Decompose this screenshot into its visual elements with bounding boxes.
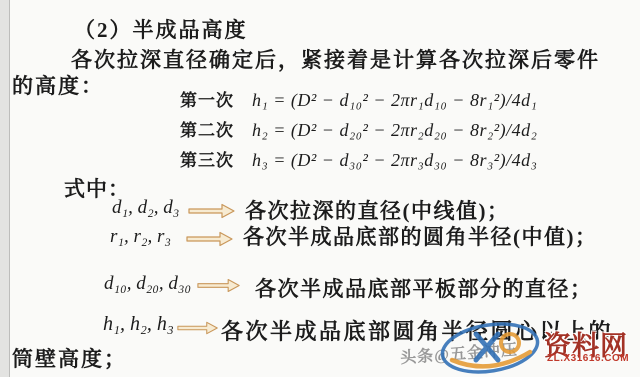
intro-text-line2: 的高度： <box>12 70 104 100</box>
formula-expression-1: h₁ = (D² − d₁₀² − 2πr₁d₁₀ − 8r₁²)/4d₁ <box>252 90 537 110</box>
intro-text-line1: 各次拉深直径确定后，紧接着是计算各次拉深后零件 <box>71 44 600 74</box>
definition-symbols-d: d₁, d₂, d₃ <box>112 197 179 219</box>
formula-label-3: 第三次 <box>180 151 234 170</box>
definition-meaning-d0: 各次半成品底部平板部分的直径； <box>255 273 593 303</box>
formula-expression-3: h₃ = (D² − d₃₀² − 2πr₃d₃₀ − 8r₃²)/4d₃ <box>252 150 537 170</box>
definition-symbols-r: r₁, r₂, r₃ <box>110 226 171 248</box>
formula-row-1: 第一次h₁ = (D² − d₁₀² − 2πr₁d₁₀ − 8r₁²)/4d₁ <box>180 86 537 111</box>
formula-label-2: 第二次 <box>180 121 234 140</box>
arrow-right-icon <box>188 203 236 219</box>
definition-meaning-r: 各次半成品底部的圆角半径(中值)； <box>243 221 598 251</box>
arrow-right-icon <box>197 278 241 293</box>
formula-expression-2: h₂ = (D² − d₂₀² − 2πr₂d₂₀ − 8r₂²)/4d₂ <box>252 120 537 140</box>
definition-symbols-h: h₁, h₂, h₃ <box>103 313 174 336</box>
arrow-right-icon <box>176 321 220 335</box>
definition-symbols-d0: d₁₀, d₂₀, d₃₀ <box>104 273 191 295</box>
formula-label-1: 第一次 <box>180 91 234 110</box>
formula-row-3: 第三次h₃ = (D² − d₃₀² − 2πr₃d₃₀ − 8r₃²)/4d₃ <box>180 146 537 171</box>
page-left-edge <box>0 0 10 377</box>
formula-row-2: 第二次h₂ = (D² − d₂₀² − 2πr₂d₂₀ − 8r₂²)/4d₂ <box>180 116 537 141</box>
site-logo-icon <box>438 318 550 377</box>
arrow-right-icon <box>185 231 235 247</box>
watermark-site-url: ZL.X31616.COM <box>547 353 629 364</box>
section-heading: （2）半成品高度 <box>74 14 248 44</box>
definition-meaning-h-wrap: 筒壁高度； <box>12 343 127 373</box>
